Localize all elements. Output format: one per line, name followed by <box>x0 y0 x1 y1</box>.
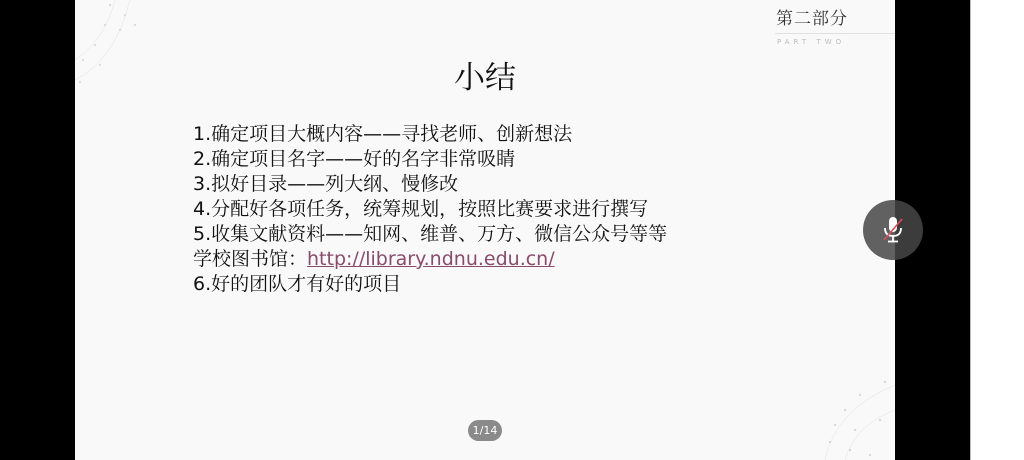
library-label: 学校图书馆： <box>193 248 307 270</box>
section-divider <box>775 33 895 34</box>
list-item-library: 学校图书馆：http://library.ndnu.edu.cn/ <box>193 247 667 272</box>
left-letterbox <box>0 0 75 460</box>
list-item: 2.确定项目名字——好的名字非常吸睛 <box>193 147 667 172</box>
list-item: 4.分配好各项任务，统筹规划，按照比赛要求进行撰写 <box>193 197 667 222</box>
list-item: 5.收集文献资料——知网、维普、万方、微信公众号等等 <box>193 222 667 247</box>
mic-toggle-button[interactable] <box>863 200 923 260</box>
slide-title: 小结 <box>75 58 895 98</box>
section-subtitle: PART TWO <box>775 38 895 46</box>
mic-off-icon <box>879 215 907 245</box>
section-label: 第二部分 PART TWO <box>775 8 895 46</box>
list-item: 1.确定项目大概内容——寻找老师、创新想法 <box>193 122 667 147</box>
library-link[interactable]: http://library.ndnu.edu.cn/ <box>307 248 555 270</box>
list-item: 6.好的团队才有好的项目 <box>193 272 667 297</box>
slide-content: 1.确定项目大概内容——寻找老师、创新想法 2.确定项目名字——好的名字非常吸睛… <box>193 122 667 297</box>
section-title: 第二部分 <box>775 8 895 30</box>
presentation-slide: 第二部分 PART TWO 小结 1.确定项目大概内容——寻找老师、创新想法 2… <box>75 0 895 460</box>
network-decoration-icon <box>815 370 895 460</box>
page-indicator: 1/14 <box>468 420 502 441</box>
screen-edge <box>970 0 1024 460</box>
list-item: 3.拟好目录——列大纲、慢修改 <box>193 172 667 197</box>
